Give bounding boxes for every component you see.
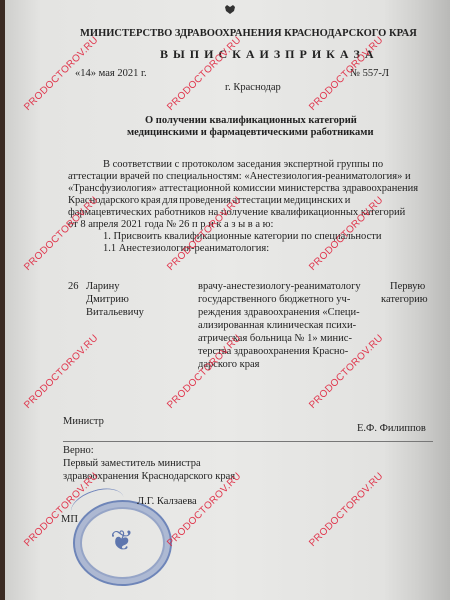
watermark: PRODOCTOROV.RU — [307, 471, 385, 549]
body-line: Краснодарского края для проведения аттес… — [68, 195, 350, 207]
watermark: PRODOCTOROV.RU — [22, 195, 100, 273]
entry-position: ализированная клиническая психи- — [198, 320, 356, 332]
eagle-emblem-icon: ❦ — [107, 524, 137, 560]
entry-position: атрическая больница № 1» минис- — [198, 333, 352, 345]
body-line: В соответствии с протоколом заседания эк… — [103, 159, 383, 171]
certifier-name: Л.Г. Калзаева — [137, 496, 197, 508]
entry-patronymic: Витальевичу — [86, 307, 144, 319]
coat-of-arms-icon — [223, 2, 237, 12]
city: г. Краснодар — [225, 82, 281, 94]
entry-category: Первую — [390, 281, 425, 293]
entry-position: государственного бюджетного уч- — [198, 294, 350, 306]
entry-position: врачу-анестезиологу-реаниматологу — [198, 281, 361, 293]
signatory-role: Министр — [63, 416, 104, 428]
body-line: «Трансфузиология» аттестационной комисси… — [68, 183, 418, 195]
seal-mark: МП — [61, 514, 78, 526]
title-line-1: О получении квалификационных категорий — [145, 115, 357, 127]
ministry-header: МИНИСТЕРСТВО ЗДРАВООХРАНЕНИЯ КРАСНОДАРСК… — [80, 28, 417, 40]
certifier-title: Первый заместитель министра — [63, 458, 201, 470]
entry-position: реждения здравоохранения «Специ- — [198, 307, 360, 319]
document-page: МИНИСТЕРСТВО ЗДРАВООХРАНЕНИЯ КРАСНОДАРСК… — [5, 0, 450, 600]
entry-firstname: Дмитрию — [86, 294, 129, 306]
body-line: аттестации врачей по специальностям: «Ан… — [68, 171, 411, 183]
entry-surname: Ларину — [86, 281, 120, 293]
order-date: «14» мая 2021 г. — [75, 68, 147, 80]
divider — [63, 441, 433, 442]
title-line-2: медицинскими и фармацевтическими работни… — [127, 127, 374, 139]
signatory-name: Е.Ф. Филиппов — [357, 423, 426, 435]
certified-label: Верно: — [63, 445, 94, 457]
watermark: PRODOCTOROV.RU — [22, 333, 100, 411]
document-type: В Ы П И С К А И З П Р И К А З А — [160, 48, 375, 60]
entry-category: категорию — [381, 294, 428, 306]
entry-number: 26 — [68, 281, 79, 293]
body-line: от 8 апреля 2021 года № 26 п р и к а з ы… — [68, 219, 273, 231]
